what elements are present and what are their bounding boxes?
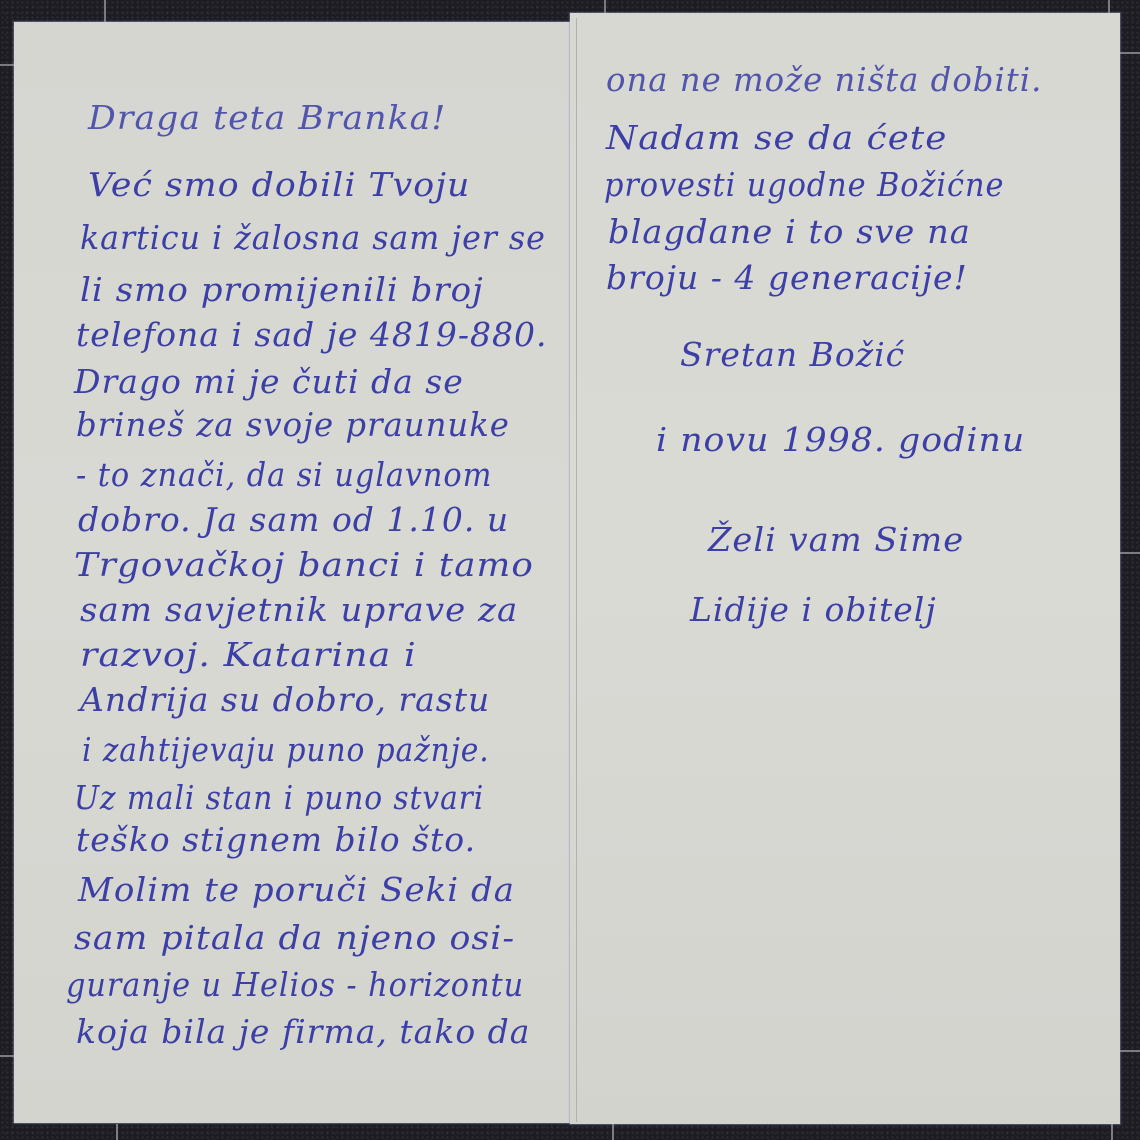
mat-grid-line [604, 0, 606, 14]
letter-line: guranje u Helios - horizontu [66, 965, 524, 1004]
letter-greeting: Draga teta Branka! [88, 98, 446, 137]
letter-line: razvoj. Katarina i [80, 635, 417, 674]
letter-line: brineš za svoje praunuke [76, 405, 510, 444]
letter-line: dobro. Ja sam od 1.10. u [78, 500, 509, 539]
letter-line: sam savjetnik uprave za [80, 590, 518, 629]
closing-signature: Želi vam Sime [708, 520, 964, 559]
letter-line: sam pitala da njeno osi- [74, 918, 515, 957]
mat-grid-line [104, 0, 106, 22]
letter-line: Nadam se da ćete [606, 118, 947, 157]
closing-signature-family: Lidije i obitelj [690, 590, 937, 629]
letter-line: Molim te poruči Seki da [78, 870, 515, 909]
mat-grid-line [1120, 552, 1140, 554]
letter-line: teško stignem bilo što. [76, 820, 476, 859]
card-fold-crease [576, 18, 577, 1122]
letter-line: Drago mi je čuti da se [74, 362, 464, 401]
letter-line: Trgovačkoj banci i tamo [74, 545, 534, 584]
letter-line: provesti ugodne Božićne [604, 165, 1004, 204]
letter-line: blagdane i to sve na [608, 212, 971, 251]
mat-grid-line [1120, 52, 1140, 54]
letter-line: - to znači, da si uglavnom [76, 455, 492, 494]
letter-line: Andrija su dobro, rastu [80, 680, 490, 719]
mat-grid-line [0, 1055, 14, 1057]
letter-line: ona ne može ništa dobiti. [606, 60, 1042, 99]
mat-grid-line [1111, 1124, 1113, 1140]
mat-grid-line [116, 1124, 118, 1140]
mat-grid-line [1120, 1050, 1140, 1052]
closing-greeting: Sretan Božić [680, 335, 905, 374]
letter-line: karticu i žalosna sam jer se [80, 218, 546, 257]
letter-line: li smo promijenili broj [80, 270, 484, 309]
mat-grid-line [0, 64, 14, 66]
letter-line: telefona i sad je 4819-880. [76, 315, 548, 354]
letter-line: broju - 4 generacije! [606, 258, 968, 297]
mat-grid-line [612, 1124, 614, 1140]
letter-line: i zahtijevaju puno pažnje. [82, 730, 490, 769]
mat-grid-line [1108, 0, 1110, 14]
letter-line: Uz mali stan i puno stvari [74, 778, 484, 817]
letter-line: Već smo dobili Tvoju [88, 165, 470, 204]
letter-line: koja bila je firma, tako da [76, 1012, 531, 1051]
closing-new-year: i novu 1998. godinu [656, 420, 1025, 459]
